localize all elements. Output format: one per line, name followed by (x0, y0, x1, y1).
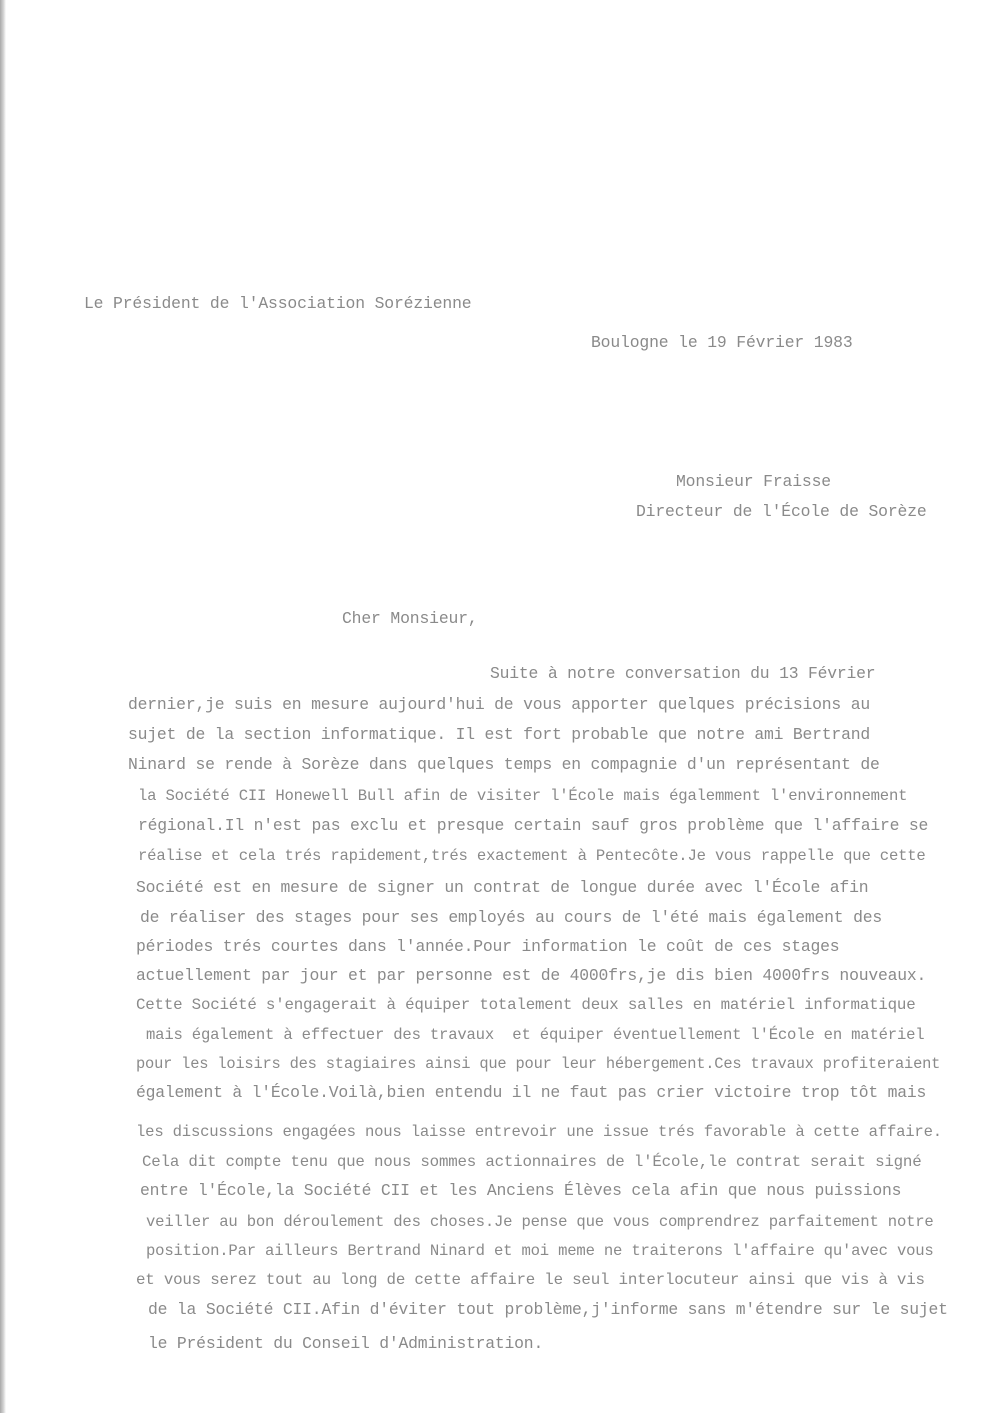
body-line: périodes trés courtes dans l'année.Pour … (136, 937, 839, 957)
body-line: les discussions engagées nous laisse ent… (136, 1122, 942, 1142)
body-line: veiller au bon déroulement des choses.Je… (146, 1212, 934, 1232)
body-line: mais également à effectuer des travaux e… (146, 1025, 924, 1045)
body-line: Ninard se rende à Sorèze dans quelques t… (128, 755, 880, 775)
body-line: et vous serez tout au long de cette affa… (136, 1270, 925, 1290)
body-line: actuellement par jour et par personne es… (136, 966, 926, 986)
sender-line: Le Président de l'Association Sorézienne (84, 294, 471, 314)
body-line: Cela dit compte tenu que nous sommes act… (142, 1152, 922, 1172)
body-line: entre l'École,la Société CII et les Anci… (140, 1181, 901, 1201)
body-line: de la Société CII.Afin d'éviter tout pro… (148, 1300, 948, 1320)
body-line: position.Par ailleurs Bertrand Ninard et… (146, 1241, 934, 1261)
body-line: pour les loisirs des stagiaires ainsi qu… (136, 1054, 940, 1074)
recipient-name: Monsieur Fraisse (676, 472, 831, 492)
recipient-title: Directeur de l'École de Sorèze (636, 502, 927, 522)
body-line: le Président du Conseil d'Administration… (148, 1334, 543, 1354)
body-line: Suite à notre conversation du 13 Février (490, 664, 875, 684)
body-line: régional.Il n'est pas exclu et presque c… (138, 816, 928, 836)
body-line: Société est en mesure de signer un contr… (136, 878, 868, 898)
body-line: sujet de la section informatique. Il est… (128, 725, 870, 745)
body-line: la Société CII Honewell Bull afin de vis… (138, 786, 907, 806)
body-line: réalise et cela trés rapidement,trés exa… (138, 846, 926, 866)
scan-edge-shadow (0, 0, 6, 1413)
greeting: Cher Monsieur, (342, 609, 478, 629)
body-line: dernier,je suis en mesure aujourd'hui de… (128, 695, 870, 715)
place-date: Boulogne le 19 Février 1983 (591, 333, 853, 353)
body-line: de réaliser des stages pour ses employés… (140, 908, 882, 928)
body-line: également à l'École.Voilà,bien entendu i… (136, 1083, 926, 1103)
body-line: Cette Société s'engagerait à équiper tot… (136, 995, 916, 1015)
